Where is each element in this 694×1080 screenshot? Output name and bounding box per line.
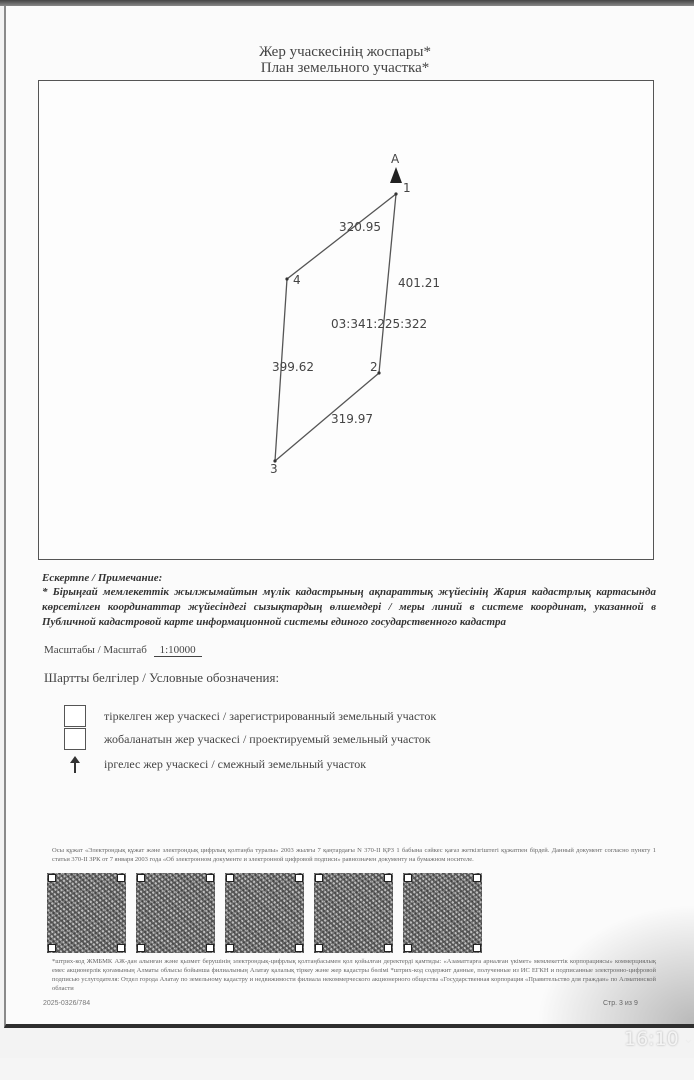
legal-statement: Осы құжат «Электрондық құжат және электр…: [52, 846, 656, 864]
vertex-1: 1: [403, 181, 411, 195]
scale-label: Масштабы / Масштаб: [44, 644, 147, 656]
legend-label: жобаланатын жер учаскесі / проектируемый…: [104, 732, 431, 747]
qr-code-icon: [136, 873, 215, 953]
timestamp-overlay: 16:10: [624, 1028, 679, 1050]
scale-line: Масштабы / Масштаб 1:10000: [44, 644, 202, 657]
scale-value: 1:10000: [154, 644, 202, 657]
page-number: Стр. 3 из 9: [603, 1000, 638, 1007]
land-plot-map: А 1 2 3 4 320.95 401.21 319.97 399.62 03…: [38, 80, 654, 560]
barcode-footnote: *штрих-код ЖМБМК АЖ-дан алынған және қыз…: [52, 957, 656, 993]
side-2-3-length: 319.97: [331, 412, 373, 426]
title-russian: План земельного участка*: [0, 60, 690, 77]
side-4-1-length: 320.95: [339, 220, 381, 234]
arrow-up-icon: [64, 753, 86, 775]
north-arrow-icon: [390, 167, 402, 183]
side-3-4-length: 399.62: [272, 360, 314, 374]
legend-label: іргелес жер учаскесі / смежный земельный…: [104, 757, 366, 772]
document-id: 2025-0326/784: [43, 1000, 90, 1007]
qr-code-icon: [225, 873, 304, 953]
qr-code-icon: [403, 873, 482, 953]
viewer-bottom-bar: [0, 1058, 694, 1080]
chevron-down-icon[interactable]: ⌄: [683, 1032, 694, 1047]
side-1-2-length: 401.21: [398, 276, 440, 290]
qr-code-icon: [314, 873, 393, 953]
legend-item-adjacent: іргелес жер учаскесі / смежный земельный…: [64, 753, 366, 775]
vertex-4: 4: [293, 273, 301, 287]
legend-item-registered: тіркелген жер учаскесі / зарегистрирован…: [64, 705, 436, 727]
legend-label: тіркелген жер учаскесі / зарегистрирован…: [104, 709, 436, 724]
note-heading: Ескертпе / Примечание:: [42, 572, 162, 584]
legend-item-projected: жобаланатын жер учаскесі / проектируемый…: [64, 728, 431, 750]
cadastral-number: 03:341:225:322: [331, 317, 427, 331]
vertex-2: 2: [370, 360, 378, 374]
vertex-3: 3: [270, 462, 278, 476]
title-kazakh: Жер учаскесінің жоспары*: [0, 44, 690, 61]
qr-code-strip: [47, 873, 482, 953]
north-label: А: [391, 152, 400, 166]
legend-title: Шартты белгілер / Условные обозначения:: [44, 670, 279, 686]
qr-code-icon: [47, 873, 126, 953]
note-text: * Бірыңғай мемлекеттік жылжымайтын мүлік…: [42, 585, 656, 630]
square-outline-icon: [64, 705, 86, 727]
plot-drawing: А 1 2 3 4 320.95 401.21 319.97 399.62 03…: [39, 81, 653, 559]
square-outline-icon: [64, 728, 86, 750]
